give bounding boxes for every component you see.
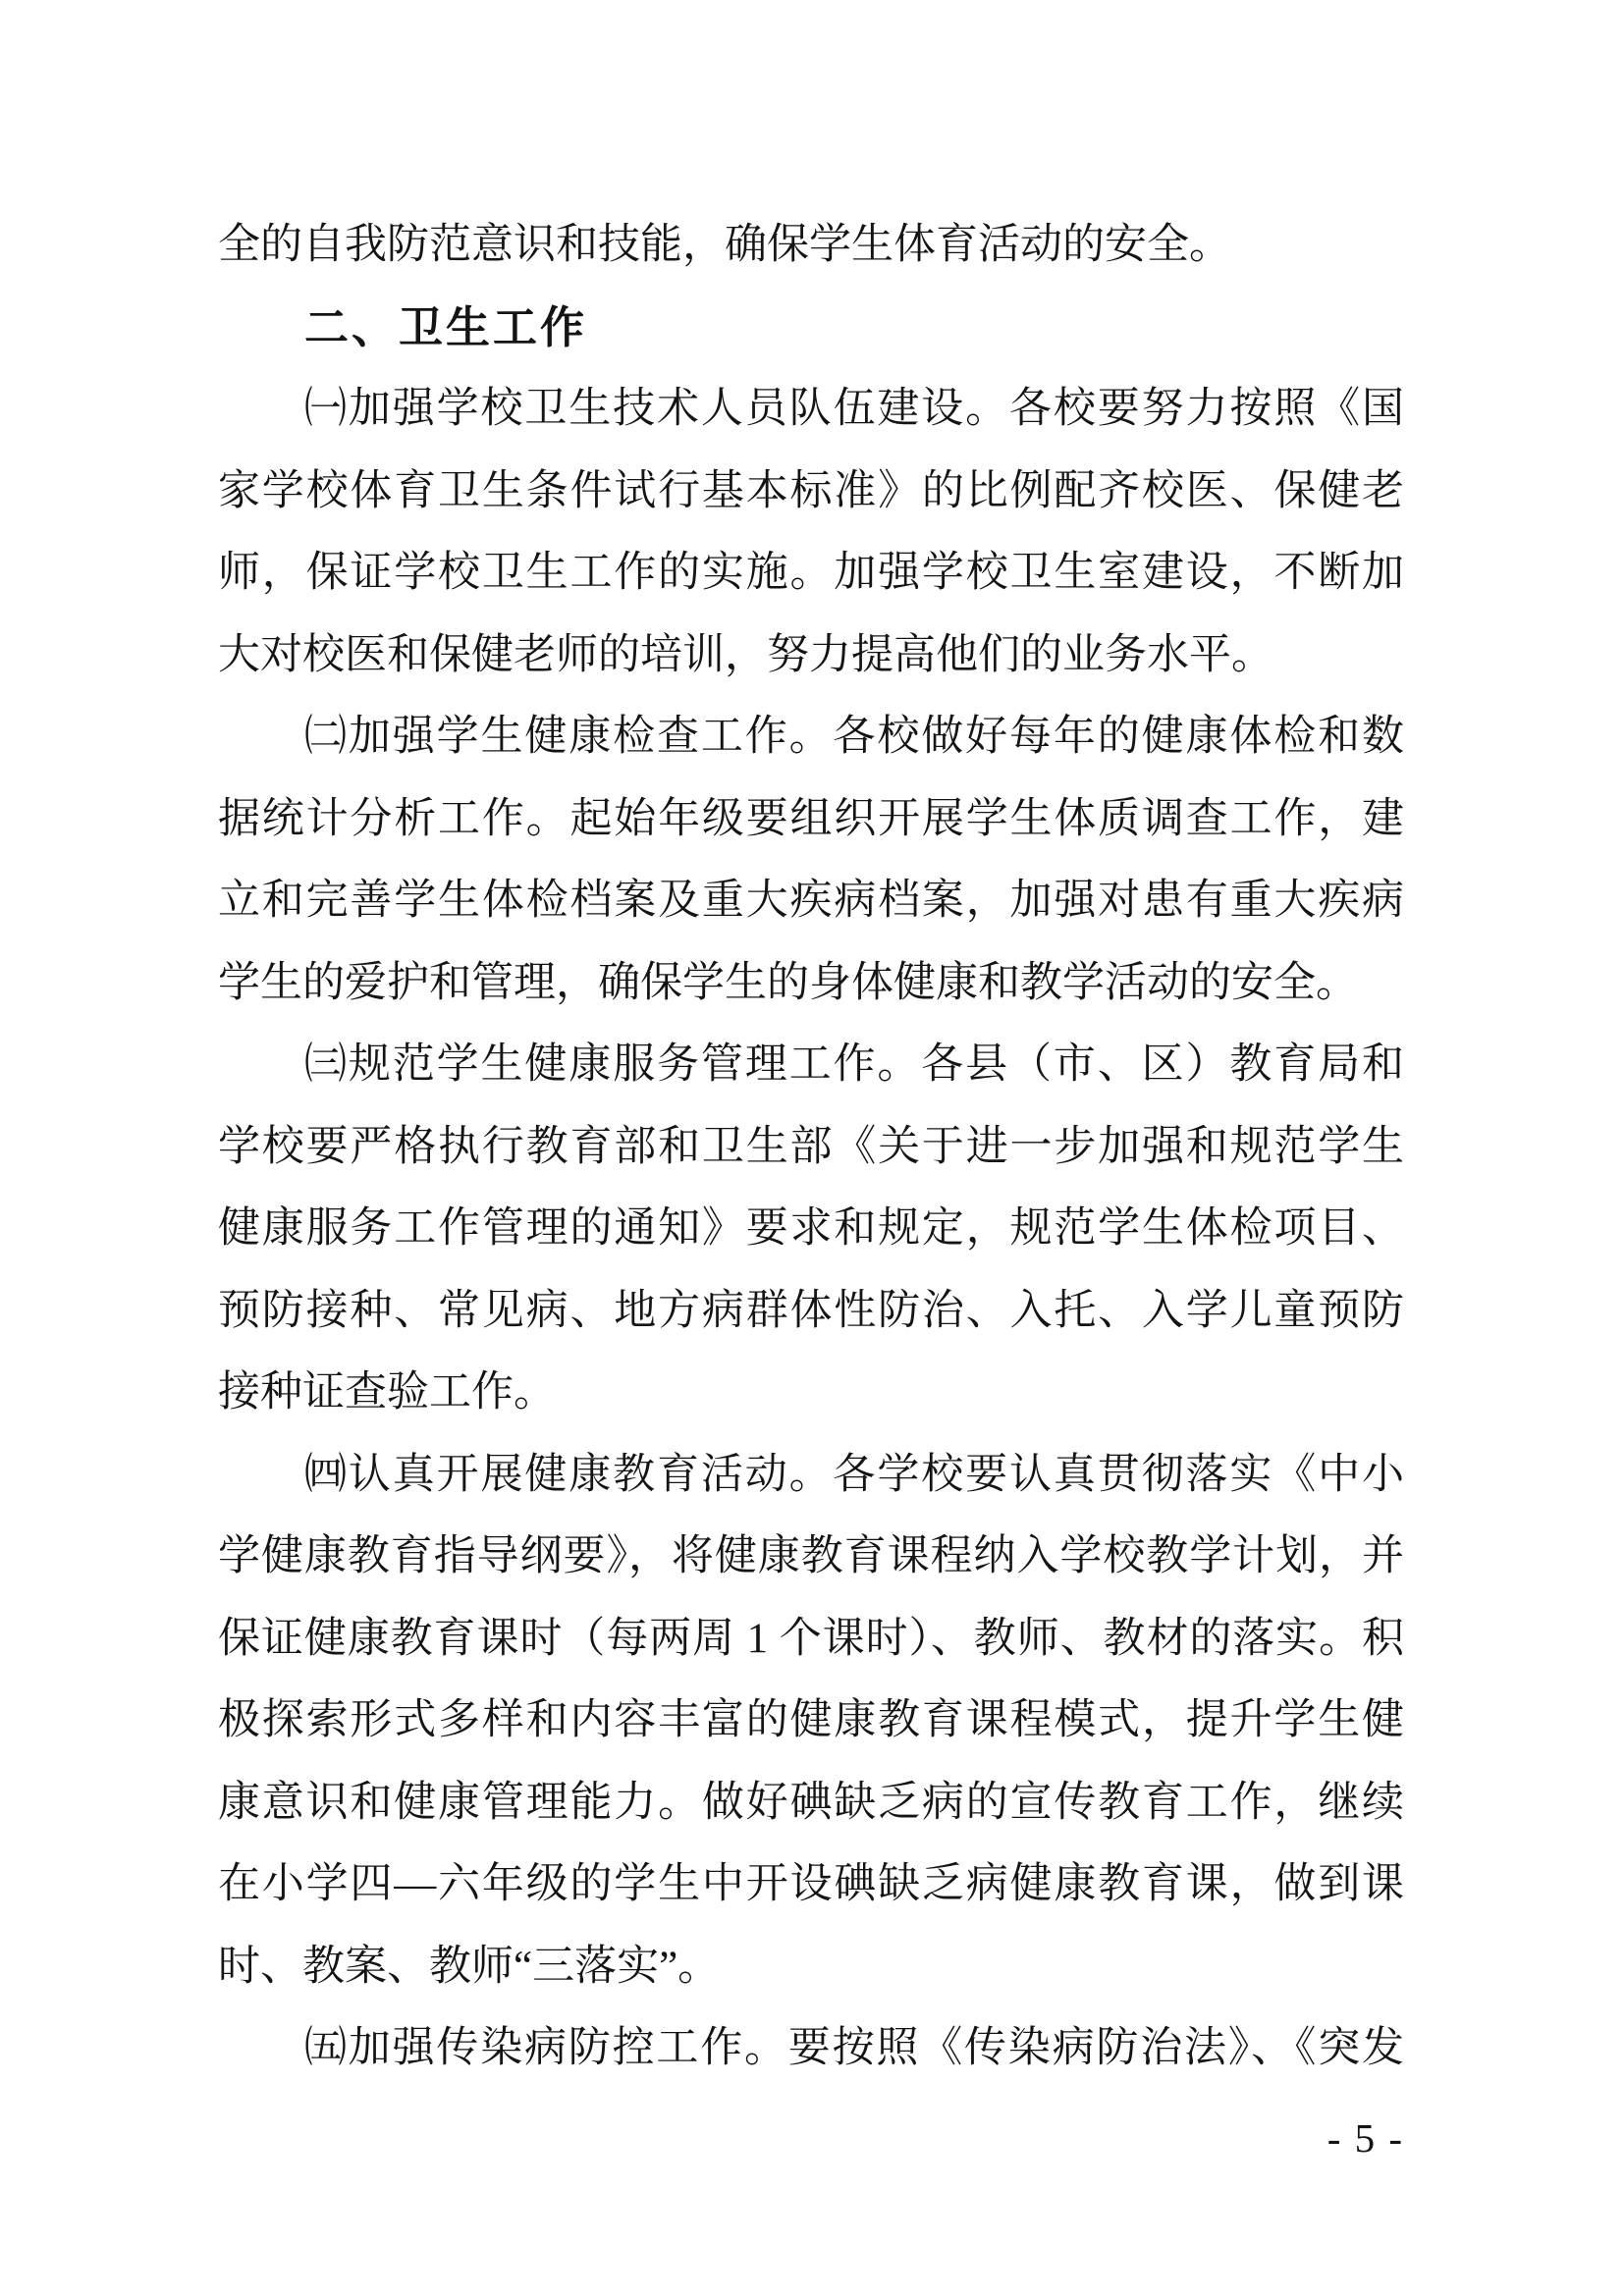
body-line: 师，保证学校卫生工作的实施。加强学校卫生室建设，不断加 (218, 532, 1404, 614)
body-line: 学生的爱护和管理，确保学生的身体健康和教学活动的安全。 (218, 942, 1404, 1025)
paragraph-2-first-line: ㈡加强学生健康检查工作。各校做好每年的健康体检和数 (218, 696, 1404, 778)
document-body: 全的自我防范意识和技能，确保学生体育活动的安全。 二、卫生工作 ㈠加强学校卫生技… (218, 204, 1404, 2090)
paragraph-3-first-line: ㈢规范学生健康服务管理工作。各县（市、区）教育局和 (218, 1024, 1404, 1106)
body-line: 极探索形式多样和内容丰富的健康教育课程模式，提升学生健 (218, 1680, 1404, 1762)
body-line: 学校要严格执行教育部和卫生部《关于进一步加强和规范学生 (218, 1106, 1404, 1189)
paragraph-4-first-line: ㈣认真开展健康教育活动。各学校要认真贯彻落实《中小 (218, 1434, 1404, 1517)
paragraph-5-first-line: ㈤加强传染病防控工作。要按照《传染病防治法》、《突发 (218, 2007, 1404, 2090)
body-line: 康意识和健康管理能力。做好碘缺乏病的宣传教育工作，继续 (218, 1762, 1404, 1844)
body-line: 保证健康教育课时（每两周 1 个课时）、教师、教材的落实。积 (218, 1598, 1404, 1681)
page-number: - 5 - (218, 2109, 1404, 2167)
section-heading-hygiene-work: 二、卫生工作 (218, 287, 1404, 369)
body-line: 健康服务工作管理的通知》要求和规定，规范学生体检项目、 (218, 1188, 1404, 1270)
body-line: 学健康教育指导纲要》，将健康教育课程纳入学校教学计划，并 (218, 1516, 1404, 1598)
paragraph-1-first-line: ㈠加强学校卫生技术人员队伍建设。各校要努力按照《国 (218, 368, 1404, 451)
body-line: 据统计分析工作。起始年级要组织开展学生体质调查工作，建 (218, 778, 1404, 861)
body-line: 立和完善学生体检档案及重大疾病档案，加强对患有重大疾病 (218, 860, 1404, 942)
body-line: 全的自我防范意识和技能，确保学生体育活动的安全。 (218, 204, 1404, 287)
body-line: 大对校医和保健老师的培训，努力提高他们的业务水平。 (218, 614, 1404, 697)
body-line: 时、教案、教师“三落实”。 (218, 1926, 1404, 2008)
body-line: 接种证查验工作。 (218, 1352, 1404, 1434)
body-line: 预防接种、常见病、地方病群体性防治、入托、入学儿童预防 (218, 1270, 1404, 1353)
body-line: 在小学四—六年级的学生中开设碘缺乏病健康教育课，做到课 (218, 1843, 1404, 1926)
document-page: 全的自我防范意识和技能，确保学生体育活动的安全。 二、卫生工作 ㈠加强学校卫生技… (0, 0, 1624, 2296)
body-line: 家学校体育卫生条件试行基本标准》的比例配齐校医、保健老 (218, 451, 1404, 533)
